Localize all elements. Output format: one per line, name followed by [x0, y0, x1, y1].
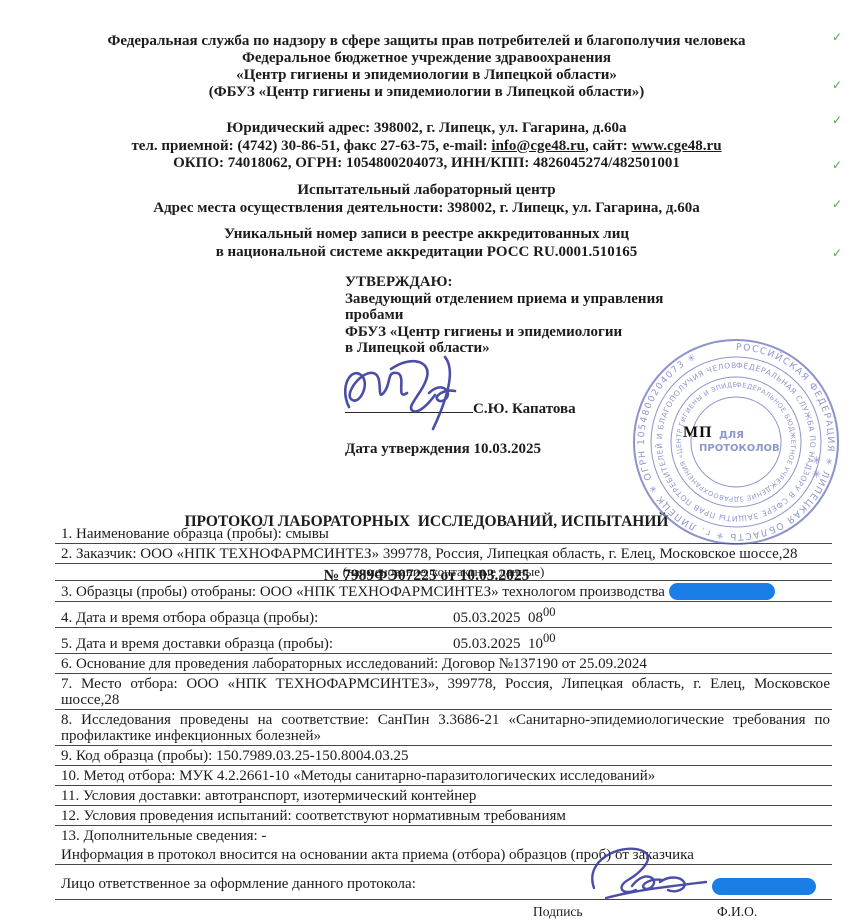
field-delivery-datetime-label: 5. Дата и время доставки образца (пробы)… [61, 636, 453, 652]
svg-text:РОССИЙСКАЯ ФЕДЕРАЦИЯ ✳ ЛИПЕЦКА: РОССИЙСКАЯ ФЕДЕРАЦИЯ ✳ ЛИПЕЦКАЯ ОБЛАСТЬ … [636, 342, 836, 542]
org-header-line3: «Центр гигиены и эпидемиологии в Липецко… [0, 67, 853, 84]
responsible-person-label: Лицо ответственное за оформление данного… [61, 876, 416, 892]
field-delivery-datetime: 5. Дата и время доставки образца (пробы)… [55, 628, 832, 654]
field-sampled-by: 3. Образцы (пробы) отобраны: ООО «НПК ТЕ… [55, 581, 832, 602]
signature-caption: Подпись [533, 904, 583, 920]
stamp-place-mark: МП [683, 424, 713, 442]
redaction-bar-technologist [669, 583, 775, 600]
name-caption: Ф.И.О. [717, 904, 757, 920]
signature-line [345, 399, 473, 413]
site-separator: , сайт: [585, 138, 632, 154]
stamp-center-line2: ПРОТОКОЛОВ [699, 443, 780, 454]
lab-block: Испытательный лабораторный центр Адрес м… [0, 182, 853, 217]
lab-center-name: Испытательный лабораторный центр [0, 182, 853, 200]
field-basis: 6. Основание для проведения лабораторных… [55, 654, 832, 674]
field-sampled-by-text: 3. Образцы (пробы) отобраны: ООО «НПК ТЕ… [61, 584, 665, 600]
round-stamp: РОССИЙСКАЯ ФЕДЕРАЦИЯ ✳ ЛИПЕЦКАЯ ОБЛАСТЬ … [616, 336, 853, 552]
org-header-line2: Федеральное бюджетное учреждение здравоо… [0, 50, 853, 67]
field-sampling-datetime-value: 05.03.2025 08 [453, 610, 543, 626]
org-codes: ОКПО: 74018062, ОГРН: 1054800204073, ИНН… [0, 155, 853, 173]
document-page: Федеральная служба по надзору в сфере за… [0, 0, 853, 923]
field-test-conditions: 12. Условия проведения испытаний: соотве… [55, 806, 832, 826]
check-mark-icon: ✓ [832, 158, 842, 172]
fields-list: 1. Наименование образца (пробы): смывы 2… [55, 524, 832, 922]
svg-text:✳: ✳ [812, 454, 821, 467]
email-link[interactable]: info@cge48.ru [491, 138, 585, 154]
org-header-line1: Федеральная служба по надзору в сфере за… [0, 33, 853, 50]
org-header-line4: (ФБУЗ «Центр гигиены и эпидемиологии в Л… [0, 84, 853, 101]
approver-signature-icon [333, 353, 503, 431]
stamp-center-line1: ДЛЯ [719, 430, 744, 441]
field-sampling-datetime: 4. Дата и время отбора образца (пробы):0… [55, 602, 832, 628]
field-sampling-method: 10. Метод отбора: МУК 4.2.2661-10 «Метод… [55, 766, 832, 786]
stamp-outer-ring-text: РОССИЙСКАЯ ФЕДЕРАЦИЯ ✳ ЛИПЕЦКАЯ ОБЛАСТЬ … [636, 342, 836, 542]
svg-text:✳: ✳ [812, 468, 821, 481]
field-sampling-place: 7. Место отбора: ООО «НПК ТЕХНОФАРМСИНТЕ… [55, 674, 832, 710]
signature-captions: Подпись Ф.И.О. [55, 902, 832, 922]
lab-address: Адрес места осуществления деятельности: … [0, 200, 853, 218]
check-mark-icon: ✓ [832, 246, 842, 260]
approver-position: Заведующий отделением приема и управлени… [345, 291, 675, 324]
field-compliance: 8. Исследования проведены на соответстви… [55, 710, 832, 746]
check-mark-icon: ✓ [832, 30, 842, 44]
field-info-source: Информация в протокол вносится на основа… [55, 845, 832, 865]
legal-address: Юридический адрес: 398002, г. Липецк, ул… [0, 120, 853, 138]
field-customer-caption: (наименование, контактные данные) [55, 564, 832, 581]
accreditation-line2: в национальной системе аккредитации РОСС… [0, 244, 853, 262]
field-sampling-minutes: 00 [543, 605, 556, 619]
check-mark-icon: ✓ [832, 197, 842, 211]
accreditation-block: Уникальный номер записи в реестре аккред… [0, 226, 853, 261]
field-sampling-datetime-label: 4. Дата и время отбора образца (пробы): [61, 610, 453, 626]
field-delivery-conditions: 11. Условия доставки: автотранспорт, изо… [55, 786, 832, 806]
responsible-person-row: Лицо ответственное за оформление данного… [55, 874, 832, 900]
phone-fax-text: тел. приемной: (4742) 30-86-51, факс 27-… [131, 138, 491, 154]
website-link[interactable]: www.cge48.ru [632, 138, 722, 154]
field-delivery-minutes: 00 [543, 631, 556, 645]
check-mark-icon: ✓ [832, 78, 842, 92]
approve-label: УТВЕРЖДАЮ: [345, 274, 675, 291]
field-sample-code: 9. Код образца (пробы): 150.7989.03.25-1… [55, 746, 832, 766]
redaction-bar-responsible-name [712, 878, 816, 895]
field-additional-info: 13. Дополнительные сведения: - [55, 826, 832, 845]
contacts-line: тел. приемной: (4742) 30-86-51, факс 27-… [0, 138, 853, 156]
org-header: Федеральная служба по надзору в сфере за… [0, 33, 853, 101]
accreditation-line1: Уникальный номер записи в реестре аккред… [0, 226, 853, 244]
contacts-block: Юридический адрес: 398002, г. Липецк, ул… [0, 120, 853, 173]
check-mark-icon: ✓ [832, 113, 842, 127]
field-delivery-datetime-value: 05.03.2025 10 [453, 636, 543, 652]
signer-name: С.Ю. Капатова [473, 401, 576, 417]
